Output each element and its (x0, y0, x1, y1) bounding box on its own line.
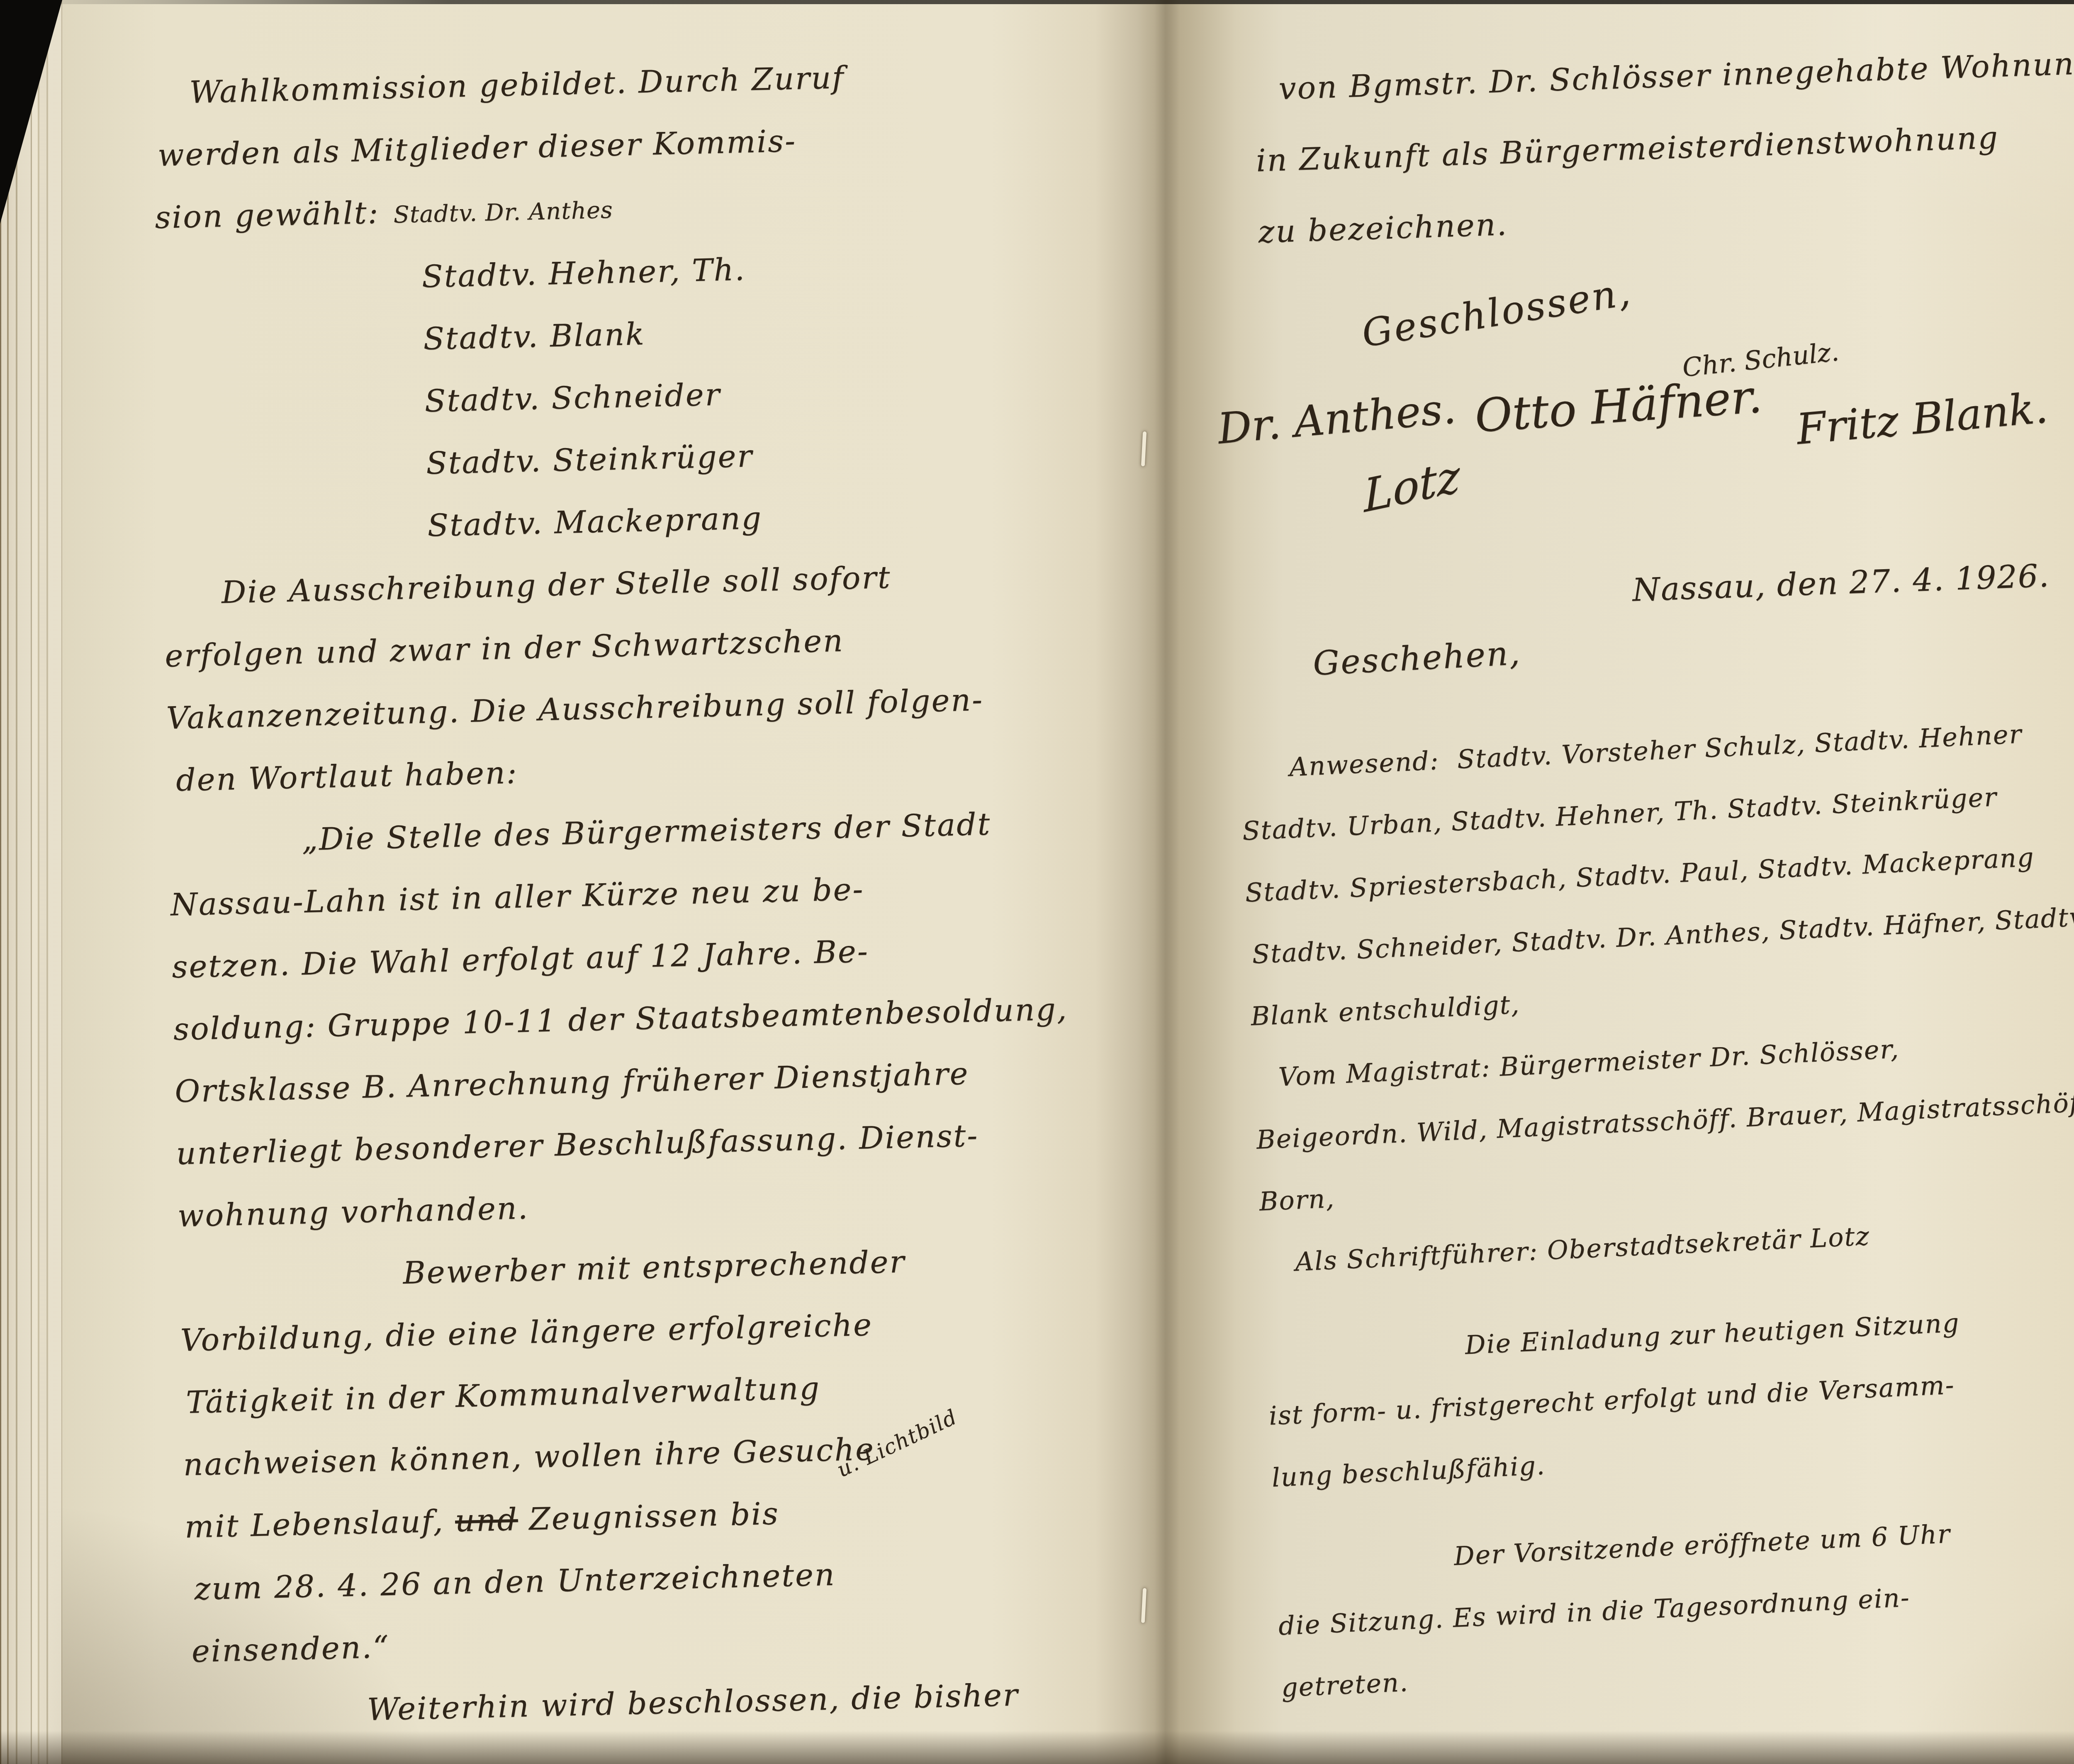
book-scan: Wahlkommission gebildet. Durch Zuruf wer… (0, 0, 2074, 1764)
line-text: Zeugnissen bis (518, 1496, 780, 1537)
dateline: Nassau, den 27. 4. 1926. (1632, 557, 2050, 608)
right-page-opening-paragraph: von Bgmstr. Dr. Schlösser innegehabte Wo… (1253, 27, 2074, 268)
signature-fritz-blank: Fritz Blank. (1794, 383, 2050, 455)
signature-otto-haefner: Otto Häfner. (1473, 370, 1764, 443)
binding-gutter (1095, 0, 1236, 1764)
right-page-protocol-body: Anwesend: Stadtv. Vorsteher Schulz, Stad… (1238, 700, 2074, 1719)
geschehen-heading: Geschehen, (1312, 633, 1522, 683)
line-text: sion gewählt: (155, 195, 380, 236)
struck-word: und (455, 1502, 518, 1539)
left-page-stack-edge (0, 0, 62, 1764)
closing-word: Geschlossen, (1359, 269, 1635, 356)
left-page: Wahlkommission gebildet. Durch Zuruf wer… (151, 42, 1084, 1745)
line-text: mit Lebenslauf, (184, 1503, 455, 1545)
signature-lotz: Lotz (1363, 450, 1461, 523)
signature-dr-anthes: Dr. Anthes. (1216, 384, 1458, 454)
committee-member-name: Stadtv. Dr. Anthes (393, 197, 613, 229)
top-book-edge (0, 0, 2074, 4)
